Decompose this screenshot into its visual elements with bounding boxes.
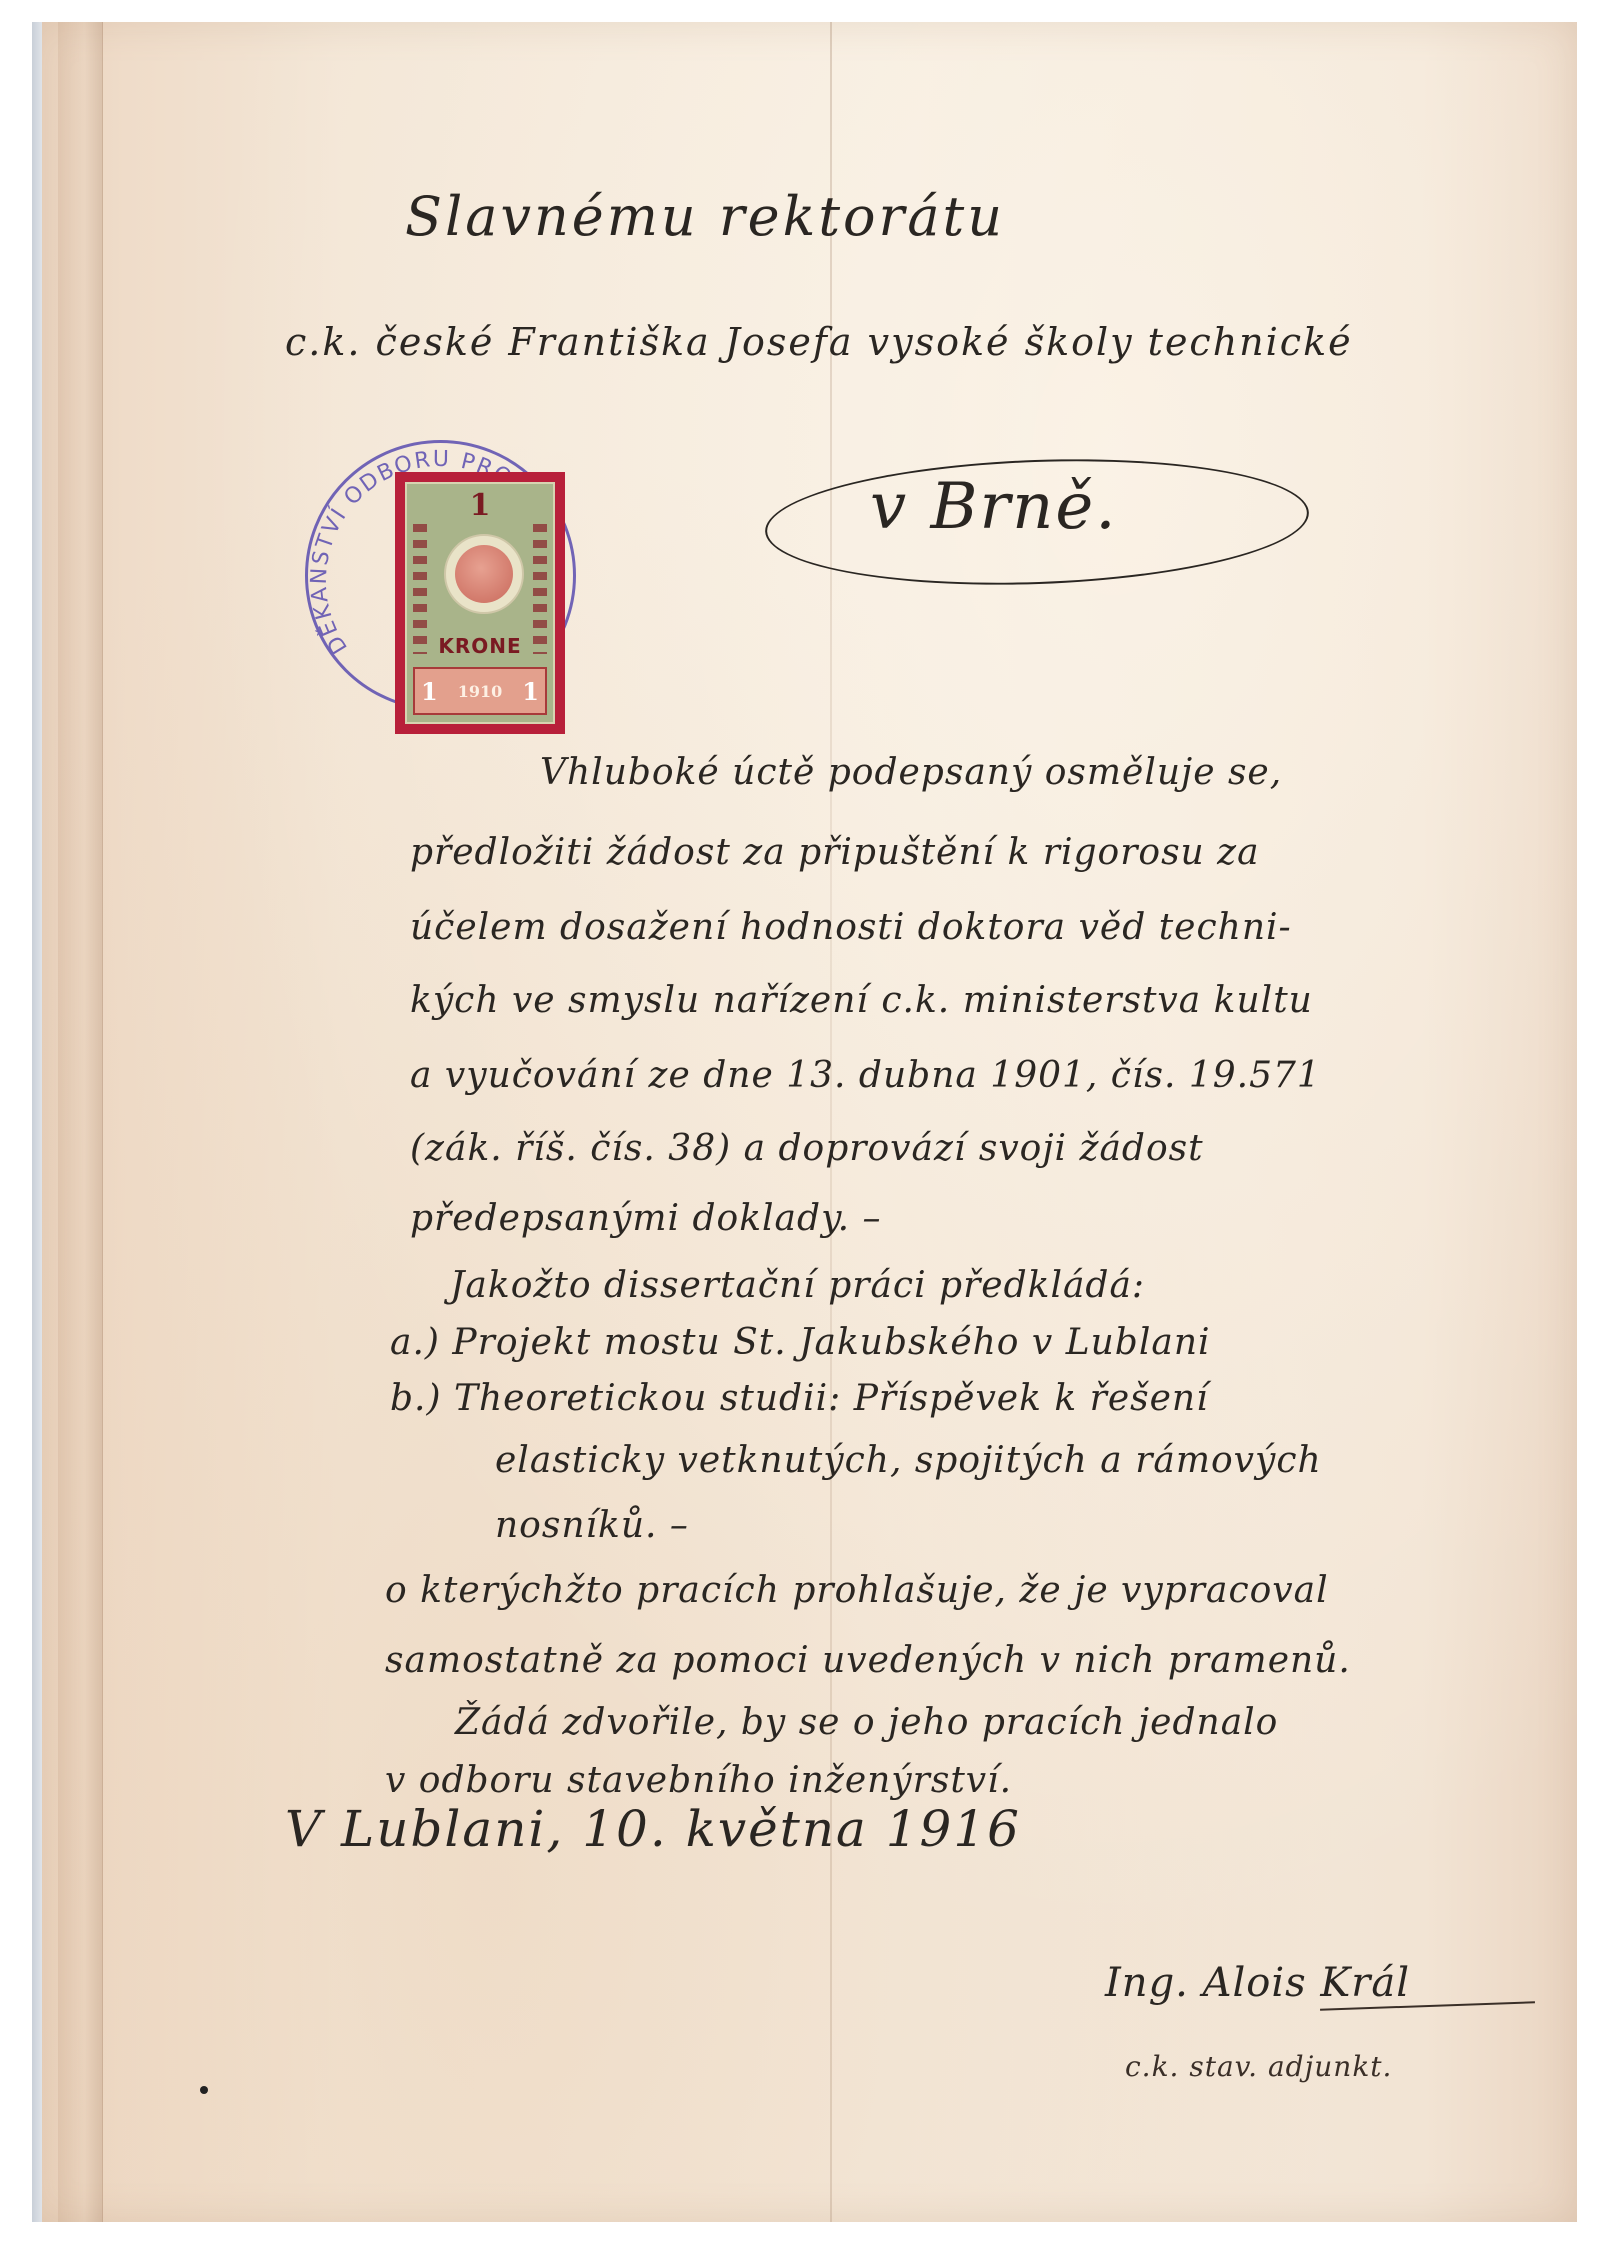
body-line: Žádá zdvořile, by se o jeho pracích jedn…	[455, 1702, 1278, 1743]
emperor-portrait-icon	[455, 545, 513, 603]
stamp-value-right: 1	[522, 677, 539, 706]
ink-dot	[200, 2086, 208, 2094]
revenue-stamp: 1 KRONE 1 1910 1	[395, 472, 565, 734]
paper-edge	[32, 22, 42, 2222]
body-line: nosníků. –	[495, 1505, 689, 1546]
stamp-year: 1910	[458, 682, 503, 701]
stamp-bottom-panel: 1 1910 1	[413, 667, 547, 715]
body-line: předložiti žádost za připuštění k rigoro…	[410, 832, 1260, 873]
signature: Ing. Alois Král	[1105, 1960, 1410, 2006]
institution-name: c.k. české Františka Josefa vysoké školy…	[285, 320, 1353, 364]
body-line: předepsanými doklady. –	[410, 1198, 882, 1239]
salutation: Slavnému rektorátu	[405, 185, 1005, 248]
body-line: v odboru stavebního inženýrství.	[385, 1760, 1012, 1801]
body-line: samostatně za pomoci uvedených v nich pr…	[385, 1640, 1351, 1681]
body-line: a vyučování ze dne 13. dubna 1901, čís. …	[410, 1055, 1321, 1096]
list-item: a.) Projekt mostu St. Jakubského v Lubla…	[390, 1322, 1211, 1363]
body-line: elasticky vetknutých, spojitých a rámový…	[495, 1440, 1322, 1481]
body-line: kých ve smyslu nařízení c.k. ministerstv…	[410, 980, 1313, 1021]
body-line: (zák. říš. čís. 38) a doprovází svoji žá…	[410, 1128, 1204, 1169]
place-and-date: V Lublani, 10. května 1916	[285, 1800, 1021, 1858]
body-line: o kterýchžto pracích prohlašuje, že je v…	[385, 1570, 1329, 1611]
stamp-value: 1	[407, 488, 553, 523]
list-item: b.) Theoretickou studii: Příspěvek k řeš…	[390, 1378, 1209, 1419]
stamp-value-left: 1	[421, 677, 438, 706]
signature-title: c.k. stav. adjunkt.	[1125, 2050, 1392, 2083]
city-name: v Brně.	[870, 470, 1118, 544]
stamp-medallion	[444, 534, 524, 614]
binding-strip	[58, 22, 103, 2222]
body-line: Jakožto dissertační práci předkládá:	[450, 1265, 1145, 1306]
body-line: účelem dosažení hodnosti doktora věd tec…	[410, 907, 1292, 948]
stamp-field: 1 KRONE 1 1910 1	[405, 482, 555, 724]
stamp-currency: KRONE	[407, 634, 553, 658]
body-line: Vhluboké úctě podepsaný osměluje se,	[540, 752, 1282, 793]
